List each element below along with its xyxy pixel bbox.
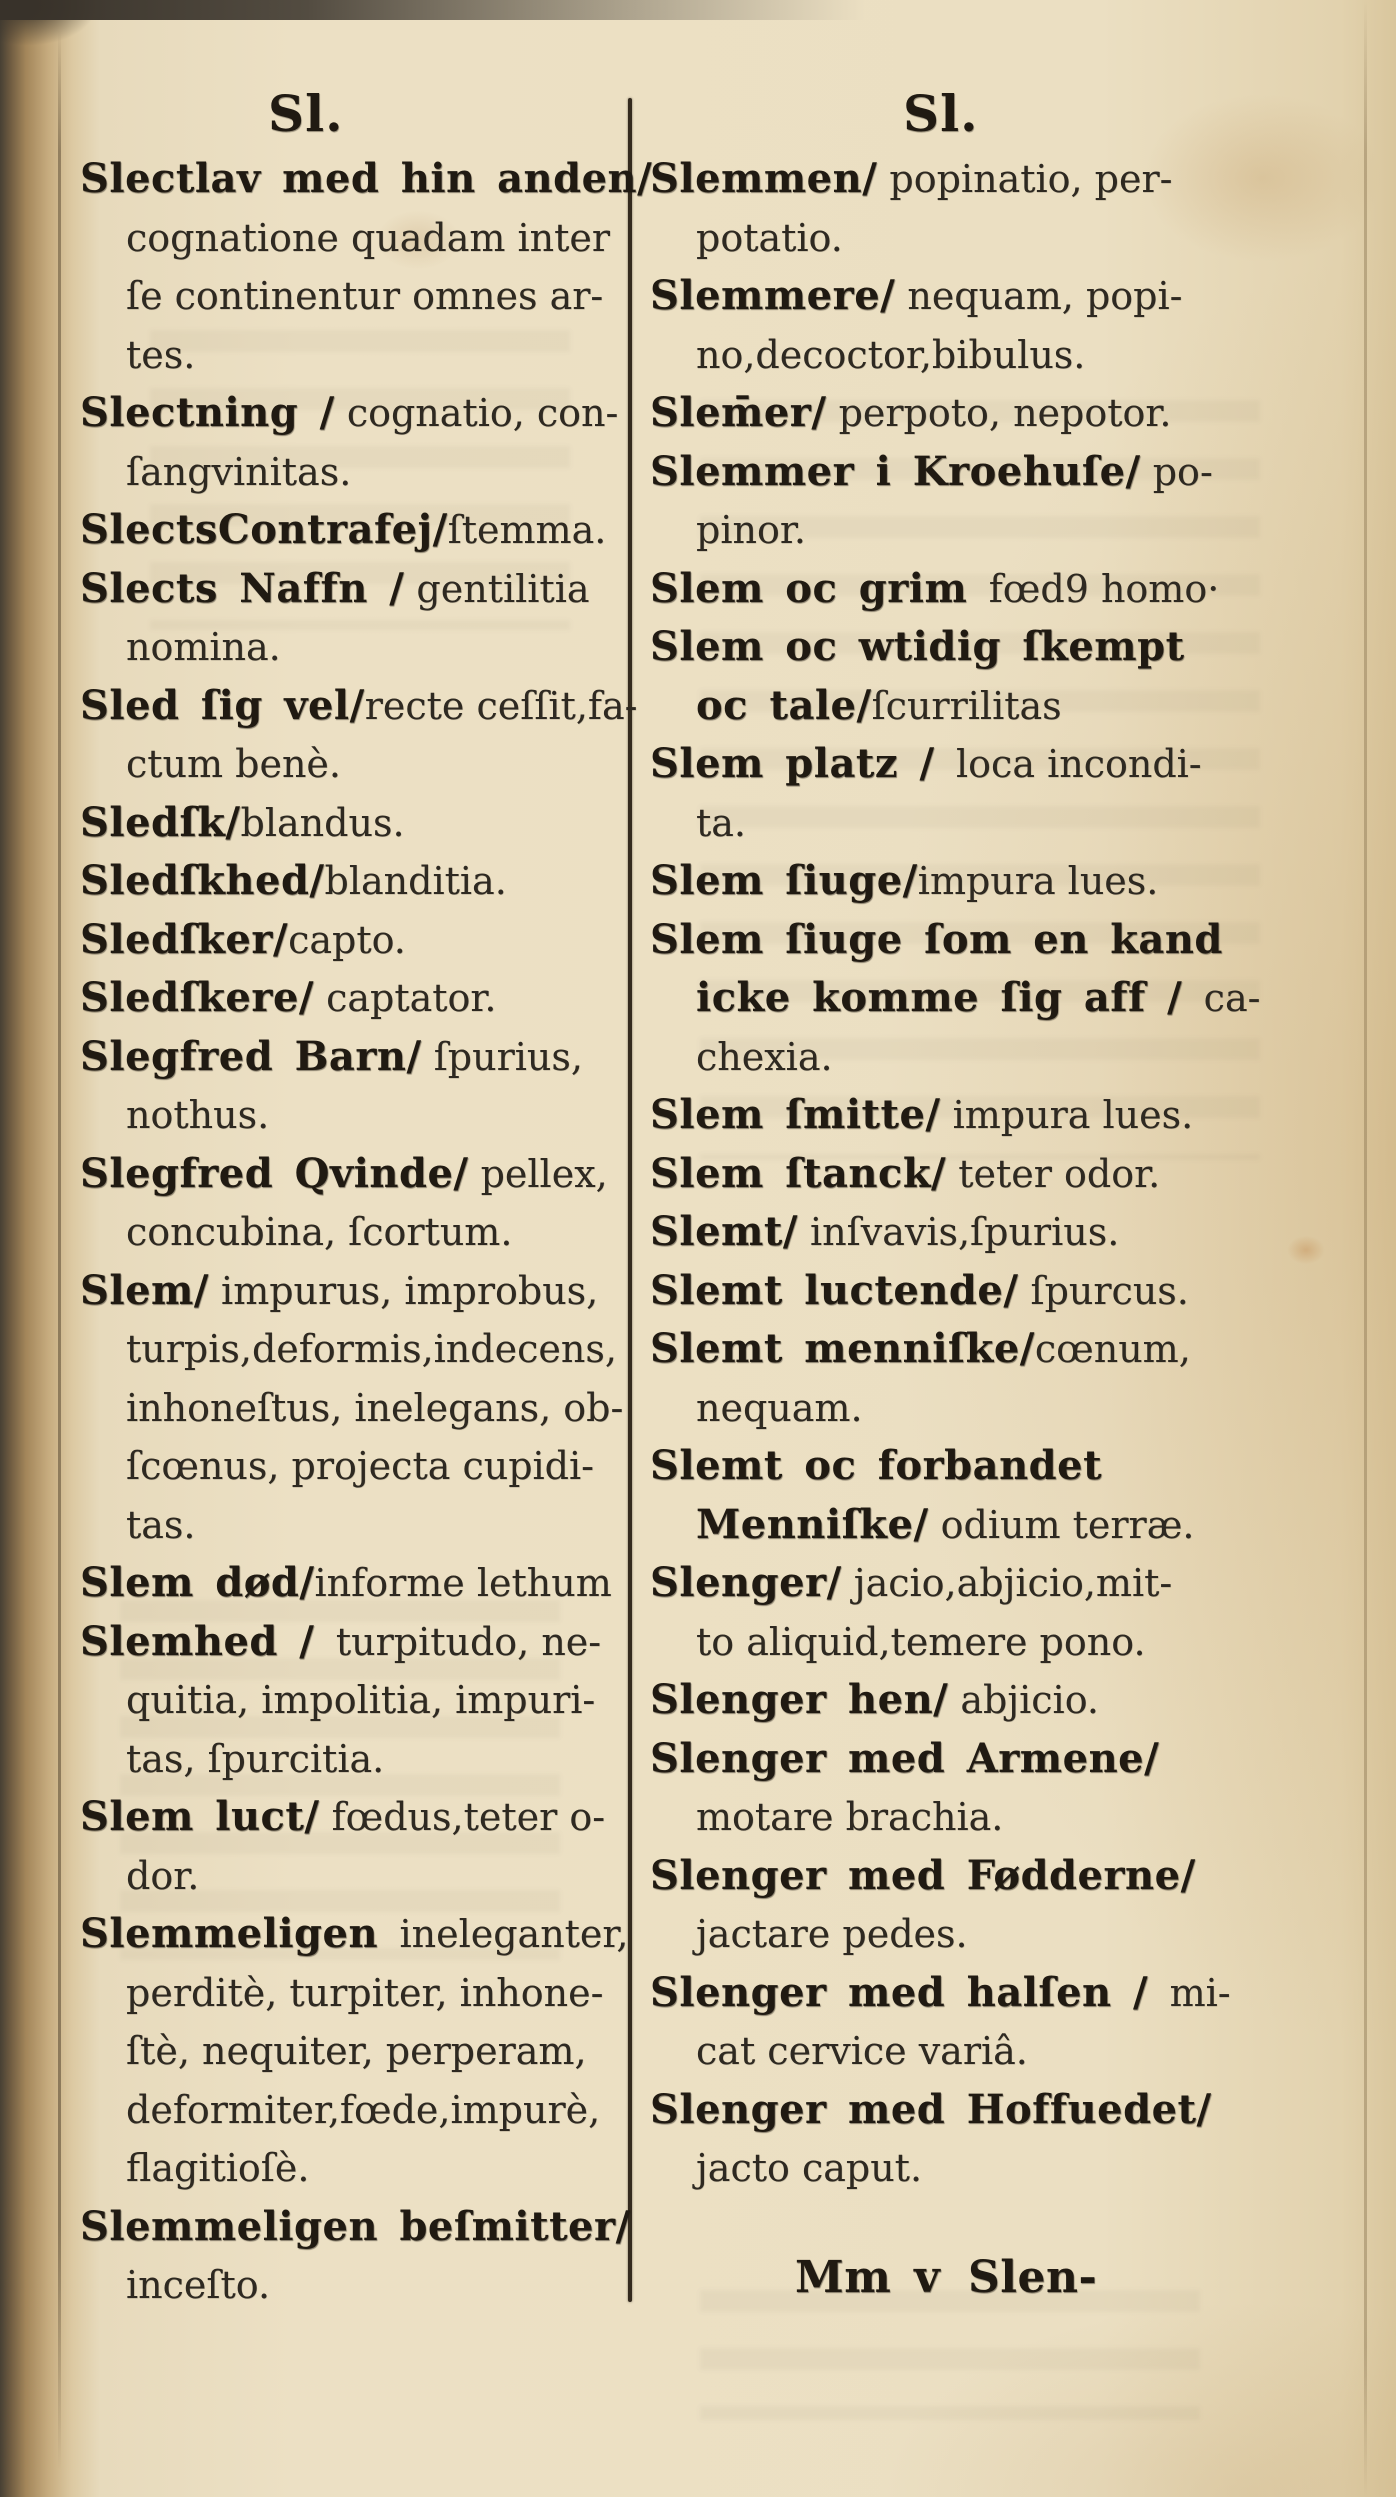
entry-line: Slegfred Barn/ ſpurius, <box>80 1028 628 1087</box>
headword-fraktur-text: Slenger/ <box>650 1559 842 1606</box>
entry-line: inhoneſtus, inelegans, ob- <box>80 1379 628 1438</box>
latin-roman-text: ſpurcus. <box>1018 1269 1188 1313</box>
headword-fraktur-text: Slemmen/ <box>650 155 877 202</box>
headword-fraktur-text: Slemmer i Kroehuſe/ <box>650 448 1141 495</box>
entry-line: perditè, turpiter, inhone- <box>80 1964 628 2023</box>
latin-roman-text: to aliquid,temere pono. <box>696 1620 1146 1664</box>
latin-roman-text: fœd9 homo· <box>989 567 1220 611</box>
headword-fraktur-text: oc tale/ <box>696 682 872 729</box>
entry-line: pinor. <box>650 501 1384 560</box>
entry-line: Sledſker/capto. <box>80 911 628 970</box>
headword-fraktur-text: Slem luct/ <box>80 1793 320 1840</box>
headword-fraktur-text: SlectsContrafej/ <box>80 506 448 553</box>
headword-fraktur-text: Slegfred Barn/ <box>80 1033 422 1080</box>
headword-fraktur-text: Sledſkhed/ <box>80 857 325 904</box>
latin-roman-text: nomina. <box>126 625 281 669</box>
book-gutter-crease <box>58 30 61 2470</box>
latin-roman-text: deformiter,fœde,impurè, <box>126 2088 600 2132</box>
entry-line: ſe continentur omnes ar- <box>80 267 628 326</box>
entry-line: Slemt oc forbandet <box>650 1437 1384 1496</box>
headword-fraktur-text: Slem oc grim <box>650 565 989 612</box>
entry-line: jacto caput. <box>650 2139 1384 2198</box>
latin-roman-text: pinor. <box>696 508 806 552</box>
headword-fraktur-text: Slem ſiuge/ <box>650 857 918 904</box>
catchword: Slen- <box>968 2252 1097 2303</box>
latin-roman-text: mi- <box>1170 1971 1231 2015</box>
headword-fraktur-text: Slects Naffn / <box>80 565 404 612</box>
headword-fraktur-text: Sledſk/ <box>80 799 241 846</box>
latin-roman-text: popinatio, per- <box>877 157 1172 201</box>
headword-fraktur-text: Slemhed / <box>80 1618 336 1665</box>
entry-line: turpis,deformis,indecens, <box>80 1320 628 1379</box>
latin-roman-text: ſcurrilitas <box>872 684 1062 728</box>
entry-line: Slenger/ jacio,abjicio,mit- <box>650 1554 1384 1613</box>
latin-roman-text: jactare pedes. <box>696 1912 968 1956</box>
page-top-edge-shadow <box>0 0 1396 20</box>
entry-line: to aliquid,temere pono. <box>650 1613 1384 1672</box>
entry-line: motare brachia. <box>650 1788 1384 1847</box>
latin-roman-text: turpitudo, ne- <box>336 1620 601 1664</box>
entry-line: Slemmeligen ineleganter, <box>80 1905 628 1964</box>
entry-line: Slenger hen/ abjicio. <box>650 1671 1384 1730</box>
latin-roman-text: ſtemma. <box>448 508 607 552</box>
headword-fraktur-text: Sledſker/ <box>80 916 288 963</box>
latin-roman-text: inſvavis,ſpurius. <box>798 1210 1119 1254</box>
latin-roman-text: perditè, turpiter, inhone- <box>126 1971 603 2015</box>
latin-roman-text: ſtè, nequiter, perperam, <box>126 2029 587 2073</box>
latin-roman-text: jacto caput. <box>696 2146 922 2190</box>
signature-mark: Mm v <box>795 2252 940 2303</box>
entry-line: Slem ſiuge/impura lues. <box>650 852 1384 911</box>
headword-fraktur-text: Slemmeligen <box>80 1910 399 1957</box>
headword-fraktur-text: Slemt/ <box>650 1208 798 1255</box>
entry-line: tas. <box>80 1496 628 1555</box>
entry-line: Slem platz / loca incondi- <box>650 735 1384 794</box>
headword-fraktur-text: Menniſke/ <box>696 1501 929 1548</box>
headword-fraktur-text: Slemmere/ <box>650 272 895 319</box>
entry-line: Slenger med Armene/ <box>650 1730 1384 1789</box>
entry-line: chexia. <box>650 1028 1384 1087</box>
column-divider-rule <box>628 98 632 2302</box>
entry-line: Slemhed / turpitudo, ne- <box>80 1613 628 1672</box>
headword-fraktur-text: Slem død/ <box>80 1559 315 1606</box>
left-column: Slectlav med hin anden/cognatione quadam… <box>80 150 628 2315</box>
latin-roman-text: cognatio, con- <box>335 391 619 435</box>
headword-fraktur-text: Slemmeligen beſmitter/ <box>80 2203 631 2250</box>
headword-fraktur-text: Slem oc wtidig ſkempt <box>650 623 1185 670</box>
latin-roman-text: teter odor. <box>946 1152 1160 1196</box>
latin-roman-text: capto. <box>288 918 406 962</box>
headword-fraktur-text: icke komme ſig aff / <box>696 974 1204 1021</box>
ink-bleedthrough <box>700 2290 1200 2420</box>
latin-roman-text: concubina, ſcortum. <box>126 1210 512 1254</box>
entry-line: Slemt menniſke/cœnum, <box>650 1320 1384 1379</box>
entry-line: Slem død/informe lethum <box>80 1554 628 1613</box>
entry-line: Slem ſtanck/ teter odor. <box>650 1145 1384 1204</box>
headword-fraktur-text: Slegfred Qvinde/ <box>80 1150 469 1197</box>
headword-fraktur-text: Slemt luctende/ <box>650 1267 1018 1314</box>
latin-roman-text: dor. <box>126 1854 199 1898</box>
latin-roman-text: ſangvinitas. <box>126 450 351 494</box>
latin-roman-text: no,decoctor,bibulus. <box>696 333 1085 377</box>
latin-roman-text: fœdus,teter o- <box>320 1795 606 1839</box>
entry-line: cognatione quadam inter <box>80 209 628 268</box>
entry-line: potatio. <box>650 209 1384 268</box>
entry-line: Slenger med halſen / mi- <box>650 1964 1384 2023</box>
entry-line: Slectning / cognatio, con- <box>80 384 628 443</box>
headword-fraktur-text: Slectlav med hin anden/ <box>80 155 652 202</box>
latin-roman-text: loca incondi- <box>956 742 1202 786</box>
latin-roman-text: perpoto, nepotor. <box>827 391 1172 435</box>
entry-line: Slem ſmitte/ impura lues. <box>650 1086 1384 1145</box>
latin-roman-text: cat cervice variâ. <box>696 2029 1028 2073</box>
running-title-left: Sl. <box>268 84 344 143</box>
entry-line: ſangvinitas. <box>80 443 628 502</box>
running-title-right: Sl. <box>903 84 979 143</box>
latin-roman-text: flagitioſè. <box>126 2146 309 2190</box>
entry-line: nequam. <box>650 1379 1384 1438</box>
latin-roman-text: impura lues. <box>918 859 1159 903</box>
entry-line: cat cervice variâ. <box>650 2022 1384 2081</box>
headword-fraktur-text: Sled ſig vel/ <box>80 682 365 729</box>
latin-roman-text: ca- <box>1204 976 1261 1020</box>
latin-roman-text: tas, ſpurcitia. <box>126 1737 384 1781</box>
latin-roman-text: inhoneſtus, inelegans, ob- <box>126 1386 623 1430</box>
latin-roman-text: turpis,deformis,indecens, <box>126 1327 617 1371</box>
latin-roman-text: jacio,abjicio,mit- <box>842 1561 1173 1605</box>
entry-line: Sledſk/blandus. <box>80 794 628 853</box>
entry-line: Slemt luctende/ ſpurcus. <box>650 1262 1384 1321</box>
latin-roman-text: inceſto. <box>126 2263 270 2307</box>
headword-fraktur-text: Slem/ <box>80 1267 209 1314</box>
entry-line: ctum benè. <box>80 735 628 794</box>
headword-fraktur-text: Slenger med Hoffuedet/ <box>650 2086 1212 2133</box>
latin-roman-text: gentilitia <box>404 567 589 611</box>
latin-roman-text: recte ceſſit,fa- <box>365 684 638 728</box>
entry-line: Slem̄er/ perpoto, nepotor. <box>650 384 1384 443</box>
latin-roman-text: cognatione quadam inter <box>126 216 610 260</box>
entry-line: tes. <box>80 326 628 385</box>
latin-roman-text: ſpurius, <box>422 1035 583 1079</box>
latin-roman-text: blanditia. <box>325 859 507 903</box>
entry-line: ta. <box>650 794 1384 853</box>
right-column: Slemmen/ popinatio, per-potatio.Slemmere… <box>650 150 1384 2198</box>
entry-line: tas, ſpurcitia. <box>80 1730 628 1789</box>
entry-line: Sledſkere/ captator. <box>80 969 628 1028</box>
latin-roman-text: captator. <box>314 976 497 1020</box>
headword-fraktur-text: Sledſkere/ <box>80 974 314 1021</box>
entry-line: concubina, ſcortum. <box>80 1203 628 1262</box>
headword-fraktur-text: Slem̄er/ <box>650 389 827 436</box>
entry-line: Slem/ impurus, improbus, <box>80 1262 628 1321</box>
headword-fraktur-text: Slenger med Fødderne/ <box>650 1852 1196 1899</box>
entry-line: Slects Naffn / gentilitia <box>80 560 628 619</box>
headword-fraktur-text: Slenger med halſen / <box>650 1969 1170 2016</box>
entry-line: Slectlav med hin anden/ <box>80 150 628 209</box>
latin-roman-text: nequam, popi- <box>895 274 1182 318</box>
latin-roman-text: informe lethum <box>315 1561 612 1605</box>
latin-roman-text: ctum benè. <box>126 742 341 786</box>
latin-roman-text: tes. <box>126 333 195 377</box>
entry-line: Slemmer i Kroehuſe/ po- <box>650 443 1384 502</box>
latin-roman-text: quitia, impolitia, impuri- <box>126 1678 595 1722</box>
headword-fraktur-text: Slem ſmitte/ <box>650 1091 941 1138</box>
latin-roman-text: chexia. <box>696 1035 833 1079</box>
latin-roman-text: ta. <box>696 801 746 845</box>
entry-line: deformiter,fœde,impurè, <box>80 2081 628 2140</box>
entry-line: Slemmere/ nequam, popi- <box>650 267 1384 326</box>
headword-fraktur-text: Slectning / <box>80 389 335 436</box>
latin-roman-text: nothus. <box>126 1093 269 1137</box>
entry-line: flagitioſè. <box>80 2139 628 2198</box>
headword-fraktur-text: Slem ſiuge ſom en kand <box>650 916 1223 963</box>
latin-roman-text: blandus. <box>241 801 405 845</box>
latin-roman-text: ineleganter, <box>399 1912 628 1956</box>
latin-roman-text: tas. <box>126 1503 196 1547</box>
latin-roman-text: impurus, improbus, <box>209 1269 598 1313</box>
entry-line: quitia, impolitia, impuri- <box>80 1671 628 1730</box>
entry-line: icke komme ſig aff / ca- <box>650 969 1384 1028</box>
entry-line: Slem ſiuge ſom en kand <box>650 911 1384 970</box>
entry-line: Slemmen/ popinatio, per- <box>650 150 1384 209</box>
latin-roman-text: po- <box>1141 450 1213 494</box>
latin-roman-text: pellex, <box>469 1152 608 1196</box>
latin-roman-text: potatio. <box>696 216 843 260</box>
entry-line: Slem oc wtidig ſkempt <box>650 618 1384 677</box>
entry-line: nothus. <box>80 1086 628 1145</box>
entry-line: SlectsContrafej/ſtemma. <box>80 501 628 560</box>
latin-roman-text: motare brachia. <box>696 1795 1003 1839</box>
latin-roman-text: impura lues. <box>941 1093 1194 1137</box>
latin-roman-text: abjicio. <box>948 1678 1099 1722</box>
entry-line: no,decoctor,bibulus. <box>650 326 1384 385</box>
entry-line: Slemt/ inſvavis,ſpurius. <box>650 1203 1384 1262</box>
entry-line: oc tale/ſcurrilitas <box>650 677 1384 736</box>
entry-line: Slegfred Qvinde/ pellex, <box>80 1145 628 1204</box>
entry-line: Slenger med Hoffuedet/ <box>650 2081 1384 2140</box>
entry-line: jactare pedes. <box>650 1905 1384 1964</box>
entry-line: nomina. <box>80 618 628 677</box>
headword-fraktur-text: Slemt menniſke/ <box>650 1325 1035 1372</box>
headword-fraktur-text: Slenger med Armene/ <box>650 1735 1159 1782</box>
entry-line: Slem oc grim fœd9 homo· <box>650 560 1384 619</box>
latin-roman-text: cœnum, <box>1035 1327 1191 1371</box>
entry-line: Slenger med Fødderne/ <box>650 1847 1384 1906</box>
entry-line: ſtè, nequiter, perperam, <box>80 2022 628 2081</box>
latin-roman-text: nequam. <box>696 1386 863 1430</box>
entry-line: dor. <box>80 1847 628 1906</box>
headword-fraktur-text: Slem ſtanck/ <box>650 1150 946 1197</box>
headword-fraktur-text: Slenger hen/ <box>650 1676 948 1723</box>
headword-fraktur-text: Slemt oc forbandet <box>650 1442 1102 1489</box>
headword-fraktur-text: Slem platz / <box>650 740 956 787</box>
scanned-dictionary-page: Sl. Sl. Slectlav med hin anden/cognation… <box>0 0 1396 2497</box>
entry-line: Slem luct/ fœdus,teter o- <box>80 1788 628 1847</box>
entry-line: Sled ſig vel/recte ceſſit,fa- <box>80 677 628 736</box>
entry-line: Slemmeligen beſmitter/ <box>80 2198 628 2257</box>
entry-line: Sledſkhed/blanditia. <box>80 852 628 911</box>
latin-roman-text: ſcœnus, projecta cupidi- <box>126 1444 594 1488</box>
latin-roman-text: odium terræ. <box>929 1503 1195 1547</box>
entry-line: Menniſke/ odium terræ. <box>650 1496 1384 1555</box>
latin-roman-text: ſe continentur omnes ar- <box>126 274 603 318</box>
entry-line: inceſto. <box>80 2256 628 2315</box>
entry-line: ſcœnus, projecta cupidi- <box>80 1437 628 1496</box>
